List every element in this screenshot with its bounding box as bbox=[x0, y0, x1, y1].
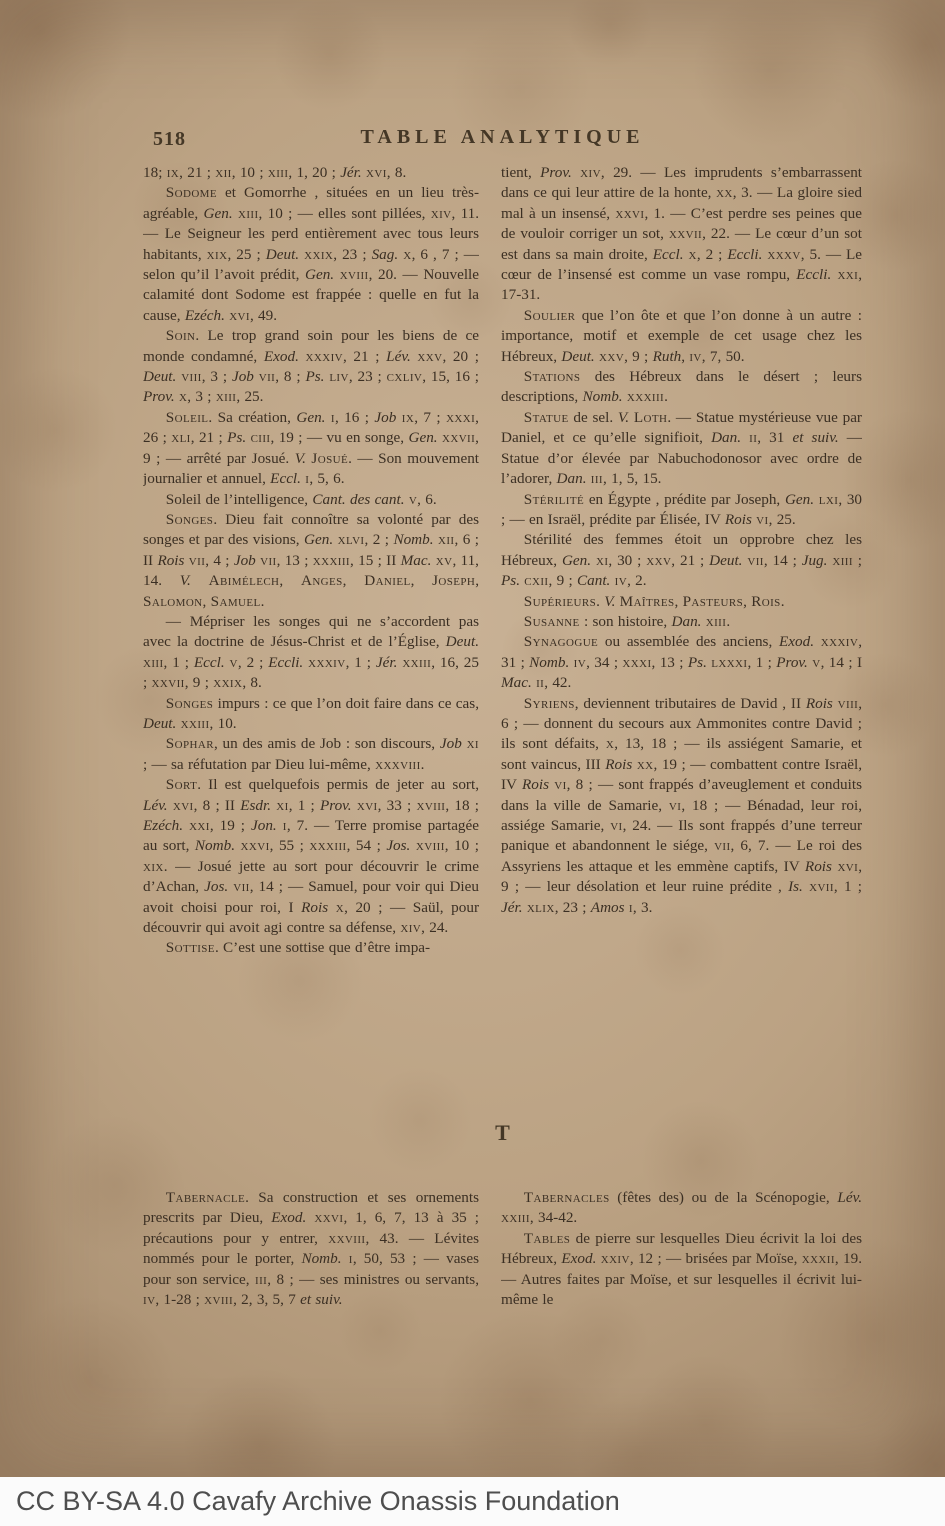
small-caps-text: xi bbox=[596, 552, 608, 569]
book-reference: Lév. bbox=[143, 797, 168, 814]
license-bar: CC BY-SA 4.0 Cavafy Archive Onassis Foun… bbox=[0, 1477, 945, 1526]
small-caps-text: xvi bbox=[366, 164, 387, 181]
small-caps-text: i bbox=[629, 899, 633, 916]
book-reference: Deut. bbox=[709, 552, 742, 569]
small-caps-text: vii bbox=[259, 368, 275, 385]
small-caps-text: iii bbox=[591, 470, 603, 487]
book-reference: Deut. bbox=[143, 368, 176, 385]
small-caps-text: iv bbox=[143, 1291, 155, 1308]
book-reference: Cant. des cant. bbox=[312, 491, 404, 508]
small-caps-text: v bbox=[230, 654, 238, 671]
book-reference: Eccli. bbox=[727, 246, 762, 263]
small-caps-text: Stations bbox=[524, 368, 581, 385]
small-caps-text: vi bbox=[554, 776, 566, 793]
small-caps-text: liv bbox=[329, 368, 349, 385]
small-caps-text: Supérieurs bbox=[524, 593, 596, 610]
small-caps-text: iv bbox=[615, 572, 627, 589]
book-reference: Job bbox=[440, 735, 462, 752]
book-reference: Gen. bbox=[785, 491, 814, 508]
small-caps-text: ix bbox=[167, 164, 179, 181]
book-reference: Lév. bbox=[386, 348, 411, 365]
small-caps-text: xii bbox=[215, 164, 231, 181]
book-reference: V. bbox=[295, 450, 306, 467]
small-caps-text: xxi bbox=[189, 817, 210, 834]
small-caps-text: Daniel bbox=[364, 572, 410, 589]
index-entry: Statue de sel. V. Loth. — Statue mystéri… bbox=[501, 408, 862, 490]
book-reference: Lév. bbox=[837, 1189, 862, 1206]
small-caps-text: Tabernacles bbox=[524, 1189, 610, 1206]
book-reference: Deut. bbox=[561, 348, 594, 365]
book-reference: Jér. bbox=[501, 899, 523, 916]
small-caps-text: i bbox=[331, 409, 335, 426]
book-reference: Dan. bbox=[711, 429, 741, 446]
small-caps-text: vii bbox=[233, 878, 249, 895]
small-caps-text: xx bbox=[637, 756, 654, 773]
book-reference: Jug. bbox=[802, 552, 828, 569]
small-caps-text: xxxi bbox=[622, 654, 651, 671]
column-s-left: 18; ix, 21 ; xii, 10 ; xiii, 1, 20 ; Jér… bbox=[143, 163, 479, 1120]
small-caps-text: Syriens bbox=[524, 695, 575, 712]
small-caps-text: xviii bbox=[416, 837, 445, 854]
small-caps-text: xviii bbox=[416, 797, 445, 814]
book-reference: Exod. bbox=[264, 348, 299, 365]
small-caps-text: ix bbox=[402, 409, 414, 426]
small-caps-text: Statue bbox=[524, 409, 569, 426]
small-caps-text: xii bbox=[438, 531, 454, 548]
column-t-left: Tabernacle. Sa construction et ses ornem… bbox=[143, 1188, 479, 1358]
small-caps-text: lxi bbox=[819, 491, 839, 508]
book-reference: Rois bbox=[157, 552, 184, 569]
small-caps-text: viii bbox=[838, 695, 859, 712]
index-entry: 18; ix, 21 ; xii, 10 ; xiii, 1, 20 ; Jér… bbox=[143, 163, 479, 183]
small-caps-text: xxxiv bbox=[306, 348, 343, 365]
small-caps-text: Sodome bbox=[166, 184, 217, 201]
small-caps-text: Abimélech bbox=[209, 572, 280, 589]
book-reference: Eccl. bbox=[270, 470, 301, 487]
small-caps-text: xxxiv bbox=[821, 633, 858, 650]
book-reference: Rois bbox=[301, 899, 328, 916]
index-entry: Sort. Il est quelquefois permis de jeter… bbox=[143, 775, 479, 938]
small-caps-text: x bbox=[606, 735, 614, 752]
book-reference: Mac. bbox=[501, 674, 532, 691]
small-caps-text: Joseph bbox=[432, 572, 475, 589]
index-entry: Soleil de l’intelligence, Cant. des cant… bbox=[143, 490, 479, 510]
small-caps-text: lxxxi bbox=[711, 654, 747, 671]
book-reference: Ps. bbox=[688, 654, 707, 671]
book-reference: Mac. bbox=[401, 552, 432, 569]
small-caps-text: Tabernacle bbox=[166, 1189, 245, 1206]
book-reference: Ps. bbox=[305, 368, 324, 385]
small-caps-text: Anges bbox=[301, 572, 343, 589]
small-caps-text: vii bbox=[714, 837, 730, 854]
small-caps-text: xvi bbox=[229, 307, 250, 324]
small-caps-text: Songes bbox=[166, 511, 214, 528]
book-reference: Prov. bbox=[143, 388, 175, 405]
small-caps-text: xlvi bbox=[338, 531, 365, 548]
small-caps-text: Sophar bbox=[166, 735, 214, 752]
book-reference: Prov. bbox=[776, 654, 808, 671]
column-t-right: Tabernacles (fêtes des) ou de la Scénopo… bbox=[501, 1188, 862, 1358]
small-caps-text: Tables bbox=[524, 1230, 571, 1247]
book-reference: et suiv. bbox=[300, 1291, 342, 1308]
book-reference: Ps. bbox=[227, 429, 246, 446]
small-caps-text: xix bbox=[207, 246, 228, 263]
index-entry: Soulier que l’on ôte et que l’on donne à… bbox=[501, 306, 862, 367]
book-reference: Gen. bbox=[305, 266, 334, 283]
small-caps-text: xiii bbox=[832, 552, 853, 569]
small-caps-text: xvi bbox=[173, 797, 194, 814]
index-entry: Songes impurs : ce que l’on doit faire d… bbox=[143, 694, 479, 735]
index-entry: Tabernacle. Sa construction et ses ornem… bbox=[143, 1188, 479, 1310]
small-caps-text: xxxii bbox=[802, 1250, 835, 1267]
small-caps-text: xviii bbox=[340, 266, 369, 283]
book-reference: Ps. bbox=[501, 572, 520, 589]
book-reference: Amos bbox=[591, 899, 625, 916]
book-reference: Esdr. bbox=[240, 797, 271, 814]
small-caps-text: xxiii bbox=[181, 715, 210, 732]
index-entry: Songes. Dieu fait connoître sa volonté p… bbox=[143, 510, 479, 612]
small-caps-text: Sottise bbox=[166, 939, 215, 956]
small-caps-text: xli bbox=[171, 429, 191, 446]
small-caps-text: vii bbox=[260, 552, 276, 569]
small-caps-text: xix bbox=[143, 858, 164, 875]
book-reference: Dan. bbox=[672, 613, 702, 630]
small-caps-text: xxxiii bbox=[627, 388, 664, 405]
small-caps-text: x bbox=[403, 246, 411, 263]
small-caps-text: xxxiii bbox=[313, 552, 350, 569]
index-entry: Stérilité en Égypte , prédite par Joseph… bbox=[501, 490, 862, 531]
book-reference: Nomb. bbox=[301, 1250, 341, 1267]
book-reference: Job bbox=[234, 552, 256, 569]
small-caps-text: viii bbox=[181, 368, 202, 385]
small-caps-text: xiv bbox=[400, 919, 421, 936]
small-caps-text: xxi bbox=[837, 266, 858, 283]
small-caps-text: xiii bbox=[143, 654, 164, 671]
small-caps-text: ii bbox=[536, 674, 544, 691]
small-caps-text: xxvi bbox=[314, 1209, 343, 1226]
small-caps-text: xiv bbox=[431, 205, 452, 222]
book-reference: Deut. bbox=[266, 246, 299, 263]
small-caps-text: xxxiv bbox=[308, 654, 345, 671]
running-title: TABLE ANALYTIQUE bbox=[143, 126, 862, 149]
book-reference: Job bbox=[374, 409, 396, 426]
section-letter-t: T bbox=[143, 1120, 862, 1146]
book-reference: Prov. bbox=[540, 164, 572, 181]
small-caps-text: xiii bbox=[268, 164, 289, 181]
index-entry: tient, Prov. xiv, 29. — Les imprudents s… bbox=[501, 163, 862, 306]
book-reference: Prov. bbox=[320, 797, 352, 814]
small-caps-text: vi bbox=[669, 797, 681, 814]
book-reference: Jon. bbox=[251, 817, 277, 834]
small-caps-text: xiv bbox=[580, 164, 601, 181]
small-caps-text: Pasteurs bbox=[683, 593, 744, 610]
book-reference: Jos. bbox=[204, 878, 228, 895]
small-caps-text: i bbox=[305, 470, 309, 487]
small-caps-text: xxvii bbox=[152, 674, 185, 691]
book-reference: Eccl. bbox=[194, 654, 225, 671]
small-caps-text: xxix bbox=[304, 246, 333, 263]
book-reference: Rois bbox=[522, 776, 549, 793]
book-reference: Nomb. bbox=[195, 837, 235, 854]
small-caps-text: Soleil bbox=[166, 409, 209, 426]
index-entry: Soin. Le trop grand soin pour les biens … bbox=[143, 326, 479, 408]
book-reference: Gen. bbox=[204, 205, 233, 222]
small-caps-text: xxiv bbox=[601, 1250, 630, 1267]
small-caps-text: xxiii bbox=[402, 654, 431, 671]
book-reference: Eccli. bbox=[796, 266, 831, 283]
small-caps-text: Synagogue bbox=[524, 633, 598, 650]
small-caps-text: Josué bbox=[311, 450, 348, 467]
book-reference: Eccl. bbox=[653, 246, 684, 263]
small-caps-text: i bbox=[349, 1250, 353, 1267]
small-caps-text: v bbox=[409, 491, 417, 508]
small-caps-text: xi bbox=[276, 797, 288, 814]
small-caps-text: xxxviii bbox=[375, 756, 421, 773]
small-caps-text: vii bbox=[189, 552, 205, 569]
book-reference: et suiv. bbox=[792, 429, 838, 446]
book-reference: Rois bbox=[805, 858, 832, 875]
small-caps-text: xviii bbox=[204, 1291, 233, 1308]
small-caps-text: xxviii bbox=[328, 1230, 365, 1247]
book-reference: Exod. bbox=[271, 1209, 306, 1226]
small-caps-text: iv bbox=[574, 654, 586, 671]
book-reference: Sag. bbox=[372, 246, 399, 263]
small-caps-text: cxii bbox=[524, 572, 548, 589]
book-reference: Dan. bbox=[557, 470, 587, 487]
small-caps-text: xxv bbox=[599, 348, 624, 365]
small-caps-text: xlix bbox=[527, 899, 555, 916]
small-caps-text: xxix bbox=[213, 674, 242, 691]
small-caps-text: Sort bbox=[166, 776, 197, 793]
small-caps-text: Susanne bbox=[524, 613, 580, 630]
small-caps-text: xxvi bbox=[615, 205, 644, 222]
book-reference: Exod. bbox=[561, 1250, 596, 1267]
small-caps-text: v bbox=[812, 654, 820, 671]
book-reference: Gen. bbox=[296, 409, 325, 426]
index-entry: Sottise. C’est une sottise que d’être im… bbox=[143, 938, 479, 958]
small-caps-text: xiii bbox=[706, 613, 727, 630]
small-caps-text: xxiii bbox=[501, 1209, 530, 1226]
page-header: 518 TABLE ANALYTIQUE bbox=[143, 126, 862, 154]
column-s-right: tient, Prov. xiv, 29. — Les imprudents s… bbox=[501, 163, 862, 1120]
book-reference: Cant. bbox=[577, 572, 610, 589]
small-caps-text: xv bbox=[436, 552, 453, 569]
small-caps-text: Soulier bbox=[524, 307, 576, 324]
small-caps-text: xxv bbox=[417, 348, 442, 365]
index-entry: Susanne : son histoire, Dan. xiii. bbox=[501, 612, 862, 632]
book-reference: Exod. bbox=[779, 633, 814, 650]
small-caps-text: xi bbox=[467, 735, 479, 752]
small-caps-text: xvi bbox=[837, 858, 858, 875]
book-reference: V. bbox=[618, 409, 629, 426]
small-caps-text: Rois bbox=[751, 593, 780, 610]
small-caps-text: vi bbox=[610, 817, 622, 834]
book-reference: Jér. bbox=[376, 654, 398, 671]
small-caps-text: ii bbox=[749, 429, 757, 446]
book-reference: Deut. bbox=[446, 633, 479, 650]
small-caps-text: xxxiii bbox=[309, 837, 346, 854]
small-caps-text: Loth bbox=[634, 409, 667, 426]
index-entry: Tabernacles (fêtes des) ou de la Scénopo… bbox=[501, 1188, 862, 1229]
book-reference: Nomb. bbox=[529, 654, 569, 671]
index-entry: Stérilité des femmes étoit un opprobre c… bbox=[501, 530, 862, 591]
index-entry: Syriens, deviennent tributaires de David… bbox=[501, 694, 862, 918]
book-reference: Eccli. bbox=[268, 654, 303, 671]
small-caps-text: iv bbox=[689, 348, 701, 365]
small-caps-text: Stérilité bbox=[524, 491, 584, 508]
index-entry: Sodome et Gomorrhe , situées en un lieu … bbox=[143, 183, 479, 326]
book-reference: Deut. bbox=[143, 715, 176, 732]
book-reference: Gen. bbox=[562, 552, 591, 569]
index-entry: Tables de pierre sur lesquelles Dieu écr… bbox=[501, 1229, 862, 1311]
section-t-columns: Tabernacle. Sa construction et ses ornem… bbox=[143, 1188, 862, 1358]
small-caps-text: ciii bbox=[251, 429, 271, 446]
book-reference: Rois bbox=[725, 511, 752, 528]
small-caps-text: cxliv bbox=[387, 368, 423, 385]
index-entry: Stations des Hébreux dans le désert ; le… bbox=[501, 367, 862, 408]
page-number: 518 bbox=[153, 128, 186, 151]
scanned-page: 518 TABLE ANALYTIQUE 18; ix, 21 ; xii, 1… bbox=[0, 0, 945, 1477]
small-caps-text: vi bbox=[756, 511, 768, 528]
small-caps-text: Samuel bbox=[211, 593, 261, 610]
index-entry: Sophar, un des amis de Job : son discour… bbox=[143, 734, 479, 775]
book-reference: Ezéch. bbox=[185, 307, 225, 324]
book-reference: Nomb. bbox=[583, 388, 623, 405]
small-caps-text: Soin bbox=[166, 327, 196, 344]
small-caps-text: vii bbox=[747, 552, 763, 569]
book-reference: Jér. bbox=[340, 164, 362, 181]
small-caps-text: xxvii bbox=[669, 225, 702, 242]
section-s-columns: 18; ix, 21 ; xii, 10 ; xiii, 1, 20 ; Jér… bbox=[143, 163, 862, 1120]
small-caps-text: xxxi bbox=[446, 409, 475, 426]
index-entry: — Mépriser les songes qui ne s’accordent… bbox=[143, 612, 479, 694]
small-caps-text: i bbox=[283, 817, 287, 834]
book-reference: Job bbox=[232, 368, 254, 385]
small-caps-text: Songes bbox=[166, 695, 214, 712]
index-entry: Soleil. Sa création, Gen. i, 16 ; Job ix… bbox=[143, 408, 479, 490]
book-reference: Rois bbox=[806, 695, 833, 712]
book-reference: V. bbox=[604, 593, 615, 610]
index-entry: Supérieurs. V. Maîtres, Pasteurs, Rois. bbox=[501, 592, 862, 612]
small-caps-text: xx bbox=[716, 184, 733, 201]
book-reference: Is. bbox=[788, 878, 803, 895]
index-entry: Synagogue ou assemblée des anciens, Exod… bbox=[501, 632, 862, 693]
small-caps-text: xxxv bbox=[767, 246, 800, 263]
book-reference: Nomb. bbox=[393, 531, 433, 548]
small-caps-text: x bbox=[336, 899, 344, 916]
book-reference: Gen. bbox=[408, 429, 437, 446]
book-reference: Ruth bbox=[653, 348, 682, 365]
small-caps-text: x bbox=[689, 246, 697, 263]
license-text: CC BY-SA 4.0 Cavafy Archive Onassis Foun… bbox=[0, 1477, 945, 1526]
book-reference: V. bbox=[180, 572, 191, 589]
small-caps-text: xxv bbox=[646, 552, 671, 569]
small-caps-text: Maîtres bbox=[620, 593, 675, 610]
small-caps-text: Salomon bbox=[143, 593, 203, 610]
book-reference: Gen. bbox=[304, 531, 333, 548]
small-caps-text: xxvii bbox=[442, 429, 475, 446]
small-caps-text: xiii bbox=[216, 388, 237, 405]
small-caps-text: iii bbox=[255, 1271, 267, 1288]
small-caps-text: xiii bbox=[238, 205, 259, 222]
small-caps-text: xvi bbox=[357, 797, 378, 814]
small-caps-text: xxvi bbox=[241, 837, 270, 854]
book-reference: Jos. bbox=[386, 837, 410, 854]
small-caps-text: x bbox=[179, 388, 187, 405]
book-reference: Rois bbox=[605, 756, 632, 773]
book-reference: Ezéch. bbox=[143, 817, 183, 834]
small-caps-text: xvii bbox=[809, 878, 834, 895]
